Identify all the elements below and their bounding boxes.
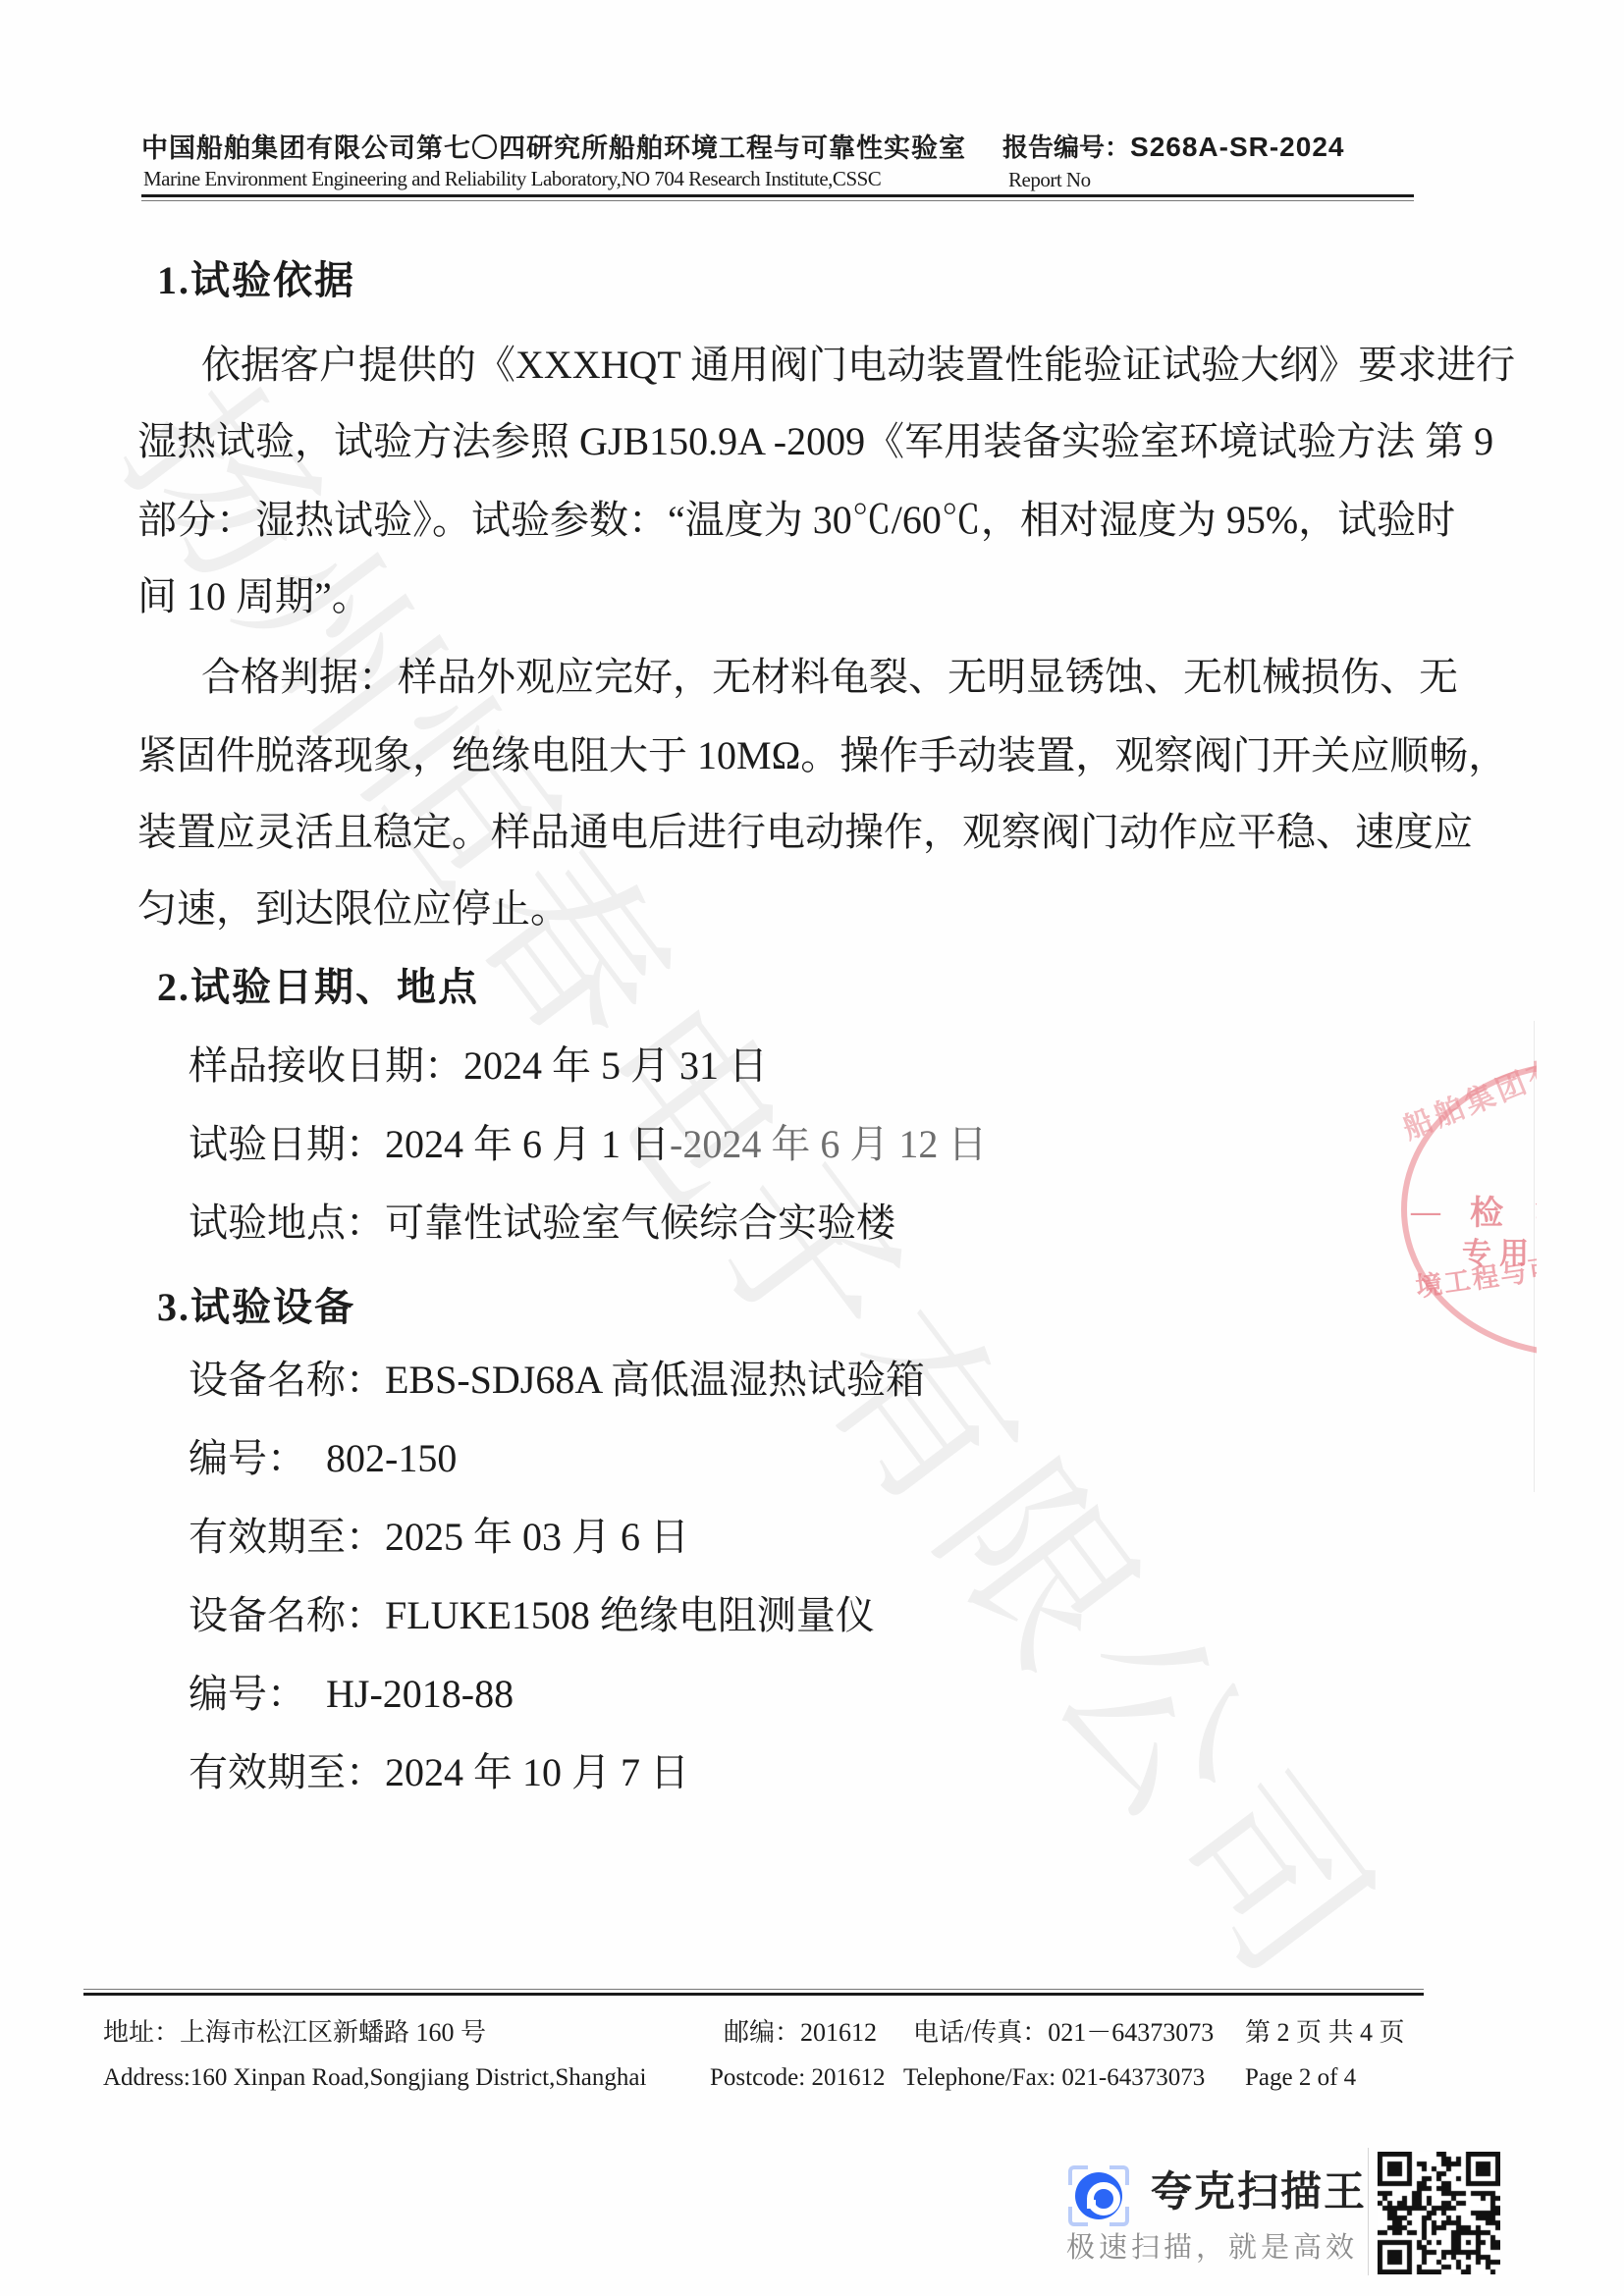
footer-page-cn: 第 2 页 共 4 页 <box>1245 2020 1405 2046</box>
red-seal-top-arc-text: 船舶集团有限公 <box>1399 1060 1537 1148</box>
footer-postcode-cn: 邮编：201612 <box>724 2020 877 2046</box>
equipment-valid-1: 有效期至：2025 年 03 月 6 日 <box>189 1518 689 1557</box>
header-rule <box>141 194 1414 197</box>
footer-address-cn: 地址：上海市松江区新蟠路 160 号 <box>103 2020 486 2046</box>
red-seal-main-text: 检 测 <box>1470 1186 1537 1234</box>
qr-code <box>1378 2152 1500 2274</box>
body-line: 依据客户提供的《XXXHQT 通用阀门电动装置性能验证试验大纲》要求进行 <box>201 346 1515 385</box>
footer-tel-en: Telephone/Fax: 021-64373073 <box>903 2065 1205 2090</box>
logo-q-shape <box>1087 2182 1120 2216</box>
lab-title-en: Marine Environment Engineering and Relia… <box>143 169 881 189</box>
body-line: 部分：湿热试验》。试验参数：“温度为 30℃/60℃，相对湿度为 95%，试验时 <box>137 501 1455 540</box>
logo-q-notch <box>1087 2200 1096 2209</box>
report-no-label-en: Report No <box>1008 170 1091 190</box>
report-no-value: S268A-SR-2024 <box>1130 132 1344 162</box>
scanner-brand-name: 夸克扫描王 <box>1151 2171 1367 2213</box>
lab-title-cn: 中国船舶集团有限公司第七〇四研究所船舶环境工程与可靠性实验室 <box>141 135 966 162</box>
page-fold-line <box>1534 1021 1535 1492</box>
equipment-no-1: 编号： 802-150 <box>189 1439 457 1478</box>
footer-page-en: Page 2 of 4 <box>1245 2065 1356 2090</box>
test-date-end: -2024 年 6 月 12 日 <box>670 1122 987 1166</box>
brand-divider <box>1368 2148 1369 2275</box>
scanned-report-page: 扬州恒春电子有限公司 中国船舶集团有限公司第七〇四研究所船舶环境工程与可靠性实验… <box>0 0 1624 2296</box>
scanner-brand-tagline: 极速扫描，就是高效 <box>1066 2234 1358 2263</box>
quark-scanner-logo-icon <box>1068 2165 1129 2226</box>
test-date-start: 试验日期：2024 年 6 月 1 日 <box>189 1122 670 1166</box>
equipment-valid-2: 有效期至：2024 年 10 月 7 日 <box>189 1753 689 1792</box>
equipment-name-2: 设备名称：FLUKE1508 绝缘电阻测量仪 <box>189 1596 875 1635</box>
footer-rule <box>83 1993 1424 1996</box>
equipment-name-1: 设备名称：EBS-SDJ68A 高低温湿热试验箱 <box>189 1361 925 1400</box>
red-seal-dash: — <box>1411 1196 1440 1229</box>
red-seal: 船舶集团有限公 — 检 测 专用章 境工程与可靠 <box>1399 1060 1537 1360</box>
test-location: 试验地点：可靠性试验室气候综合实验楼 <box>189 1203 895 1243</box>
red-seal-bottom-arc-text: 境工程与可靠 <box>1413 1243 1537 1305</box>
sample-received-date: 样品接收日期：2024 年 5 月 31 日 <box>189 1046 768 1086</box>
header-rule-echo <box>141 200 1414 201</box>
footer-tel-cn: 电话/传真：021－64373073 <box>913 2020 1214 2046</box>
logo-circle <box>1075 2172 1122 2219</box>
body-line: 匀速，到达限位应停止。 <box>137 889 569 929</box>
section1-title: 1.试验依据 <box>157 261 355 300</box>
body-line: 装置应灵活且稳定。样品通电后进行电动操作，观察阀门动作应平稳、速度应 <box>137 813 1473 852</box>
body-line: 紧固件脱落现象，绝缘电阻大于 10MΩ。操作手动装置，观察阀门开关应顺畅， <box>137 736 1507 775</box>
footer-rule-echo <box>83 1989 1424 1990</box>
body-line: 湿热试验，试验方法参照 GJB150.9A -2009《军用装备实验室环境试验方… <box>137 422 1493 461</box>
equipment-no-2: 编号： HJ-2018-88 <box>189 1675 514 1714</box>
test-date-line: 试验日期：2024 年 6 月 1 日-2024 年 6 月 12 日 <box>189 1125 987 1164</box>
body-line: 合格判据：样品外观应完好，无材料龟裂、无明显锈蚀、无机械损伤、无 <box>201 658 1458 697</box>
red-seal-sub-text: 专用章 <box>1462 1229 1537 1272</box>
report-no-label-cn: 报告编号： <box>1002 133 1130 162</box>
report-no-line: 报告编号：S268A-SR-2024 <box>1002 133 1344 161</box>
red-seal-border <box>1401 1062 1537 1357</box>
footer-address-en: Address:160 Xinpan Road,Songjiang Distri… <box>103 2065 646 2090</box>
section3-title: 3.试验设备 <box>157 1288 355 1327</box>
footer-postcode-en: Postcode: 201612 <box>710 2065 885 2090</box>
section2-title: 2.试验日期、地点 <box>157 968 479 1007</box>
body-line: 间 10 周期”。 <box>137 577 371 616</box>
